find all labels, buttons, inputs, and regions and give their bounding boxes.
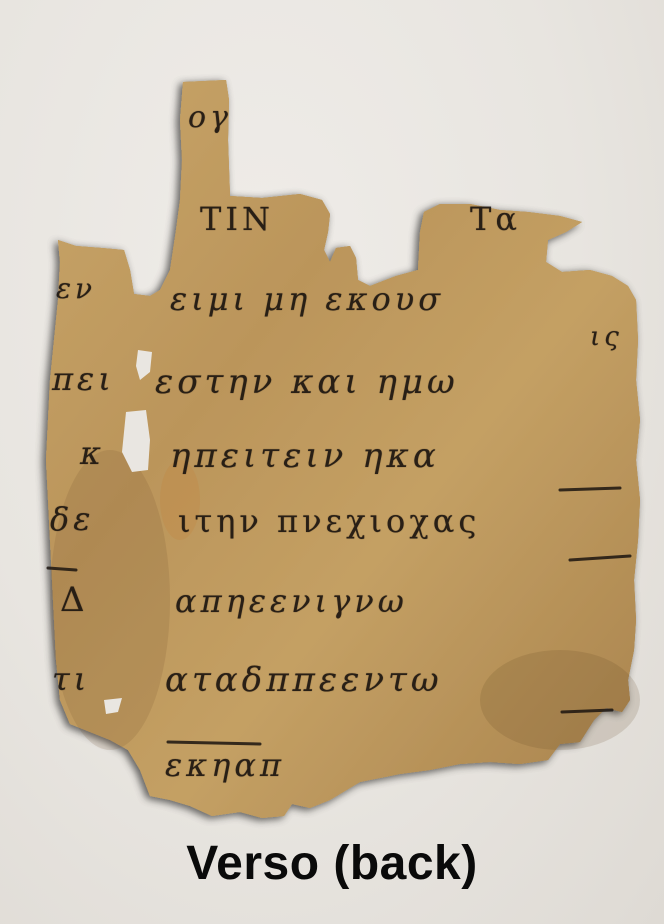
caption: Verso (back) <box>0 836 664 891</box>
overline-marks <box>0 0 664 840</box>
papyrus-photo: ογ ΤΙΝ Τα εν ειμι μη εκουσ ις πει εστην … <box>0 0 664 924</box>
papyrus-fragment: ογ ΤΙΝ Τα εν ειμι μη εκουσ ις πει εστην … <box>0 0 664 840</box>
